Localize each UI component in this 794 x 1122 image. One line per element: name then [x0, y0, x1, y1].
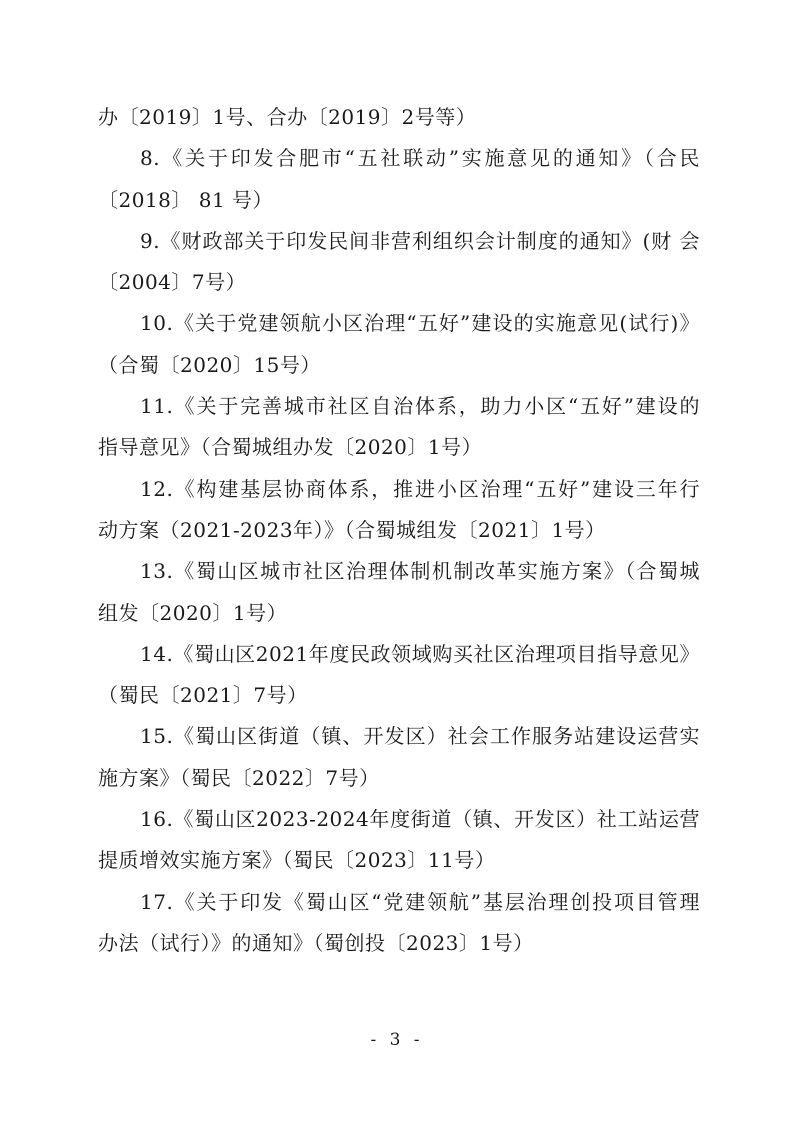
text-line: 办法（试行）》的通知》（蜀创投〔2023〕1号） — [98, 923, 700, 964]
page-number: - 3 - — [0, 1030, 794, 1050]
reference-item-12: 12.《构建基层协商体系，推进小区治理“五好”建设三年行 — [98, 469, 700, 510]
text-line: 施方案》（蜀民〔2022〕7号） — [98, 758, 700, 799]
reference-item-13: 13.《蜀山区城市社区治理体制机制改革实施方案》（合蜀城 — [98, 551, 700, 592]
text-line: （蜀民〔2021〕7号） — [98, 675, 700, 716]
text-line: 组发〔2020〕1号） — [98, 593, 700, 634]
text-line: （合蜀〔2020〕15号） — [98, 345, 700, 386]
text-line: 动方案（2021-2023年）》（合蜀城组发〔2021〕1号） — [98, 510, 700, 551]
reference-item-10: 10.《关于党建领航小区治理“五好”建设的实施意见(试行)》 — [98, 303, 700, 344]
reference-item-11: 11.《关于完善城市社区自治体系，助力小区“五好”建设的 — [98, 386, 700, 427]
reference-item-17: 17.《关于印发《蜀山区“党建领航”基层治理创投项目管理 — [98, 882, 700, 923]
text-line: 〔2004〕7号） — [98, 262, 700, 303]
text-line: 〔2018〕 81 号） — [98, 180, 700, 221]
text-line: 指导意见》（合蜀城组办发〔2020〕1号） — [98, 427, 700, 468]
reference-item-9: 9.《财政部关于印发民间非营利组织会计制度的通知》(财 会 — [98, 221, 700, 262]
reference-item-8: 8.《关于印发合肥市“五社联动”实施意见的通知》（合民 — [98, 138, 700, 179]
reference-item-15: 15.《蜀山区街道（镇、开发区）社会工作服务站建设运营实 — [98, 716, 700, 757]
reference-item-16: 16.《蜀山区2023-2024年度街道（镇、开发区）社工站运营 — [98, 799, 700, 840]
text-line: 提质增效实施方案》（蜀民〔2023〕11号） — [98, 840, 700, 881]
document-page: 办〔2019〕1号、合办〔2019〕2号等） 8.《关于印发合肥市“五社联动”实… — [98, 97, 700, 964]
reference-item-14: 14.《蜀山区2021年度民政领域购买社区治理项目指导意见》 — [98, 634, 700, 675]
text-line: 办〔2019〕1号、合办〔2019〕2号等） — [98, 97, 700, 138]
